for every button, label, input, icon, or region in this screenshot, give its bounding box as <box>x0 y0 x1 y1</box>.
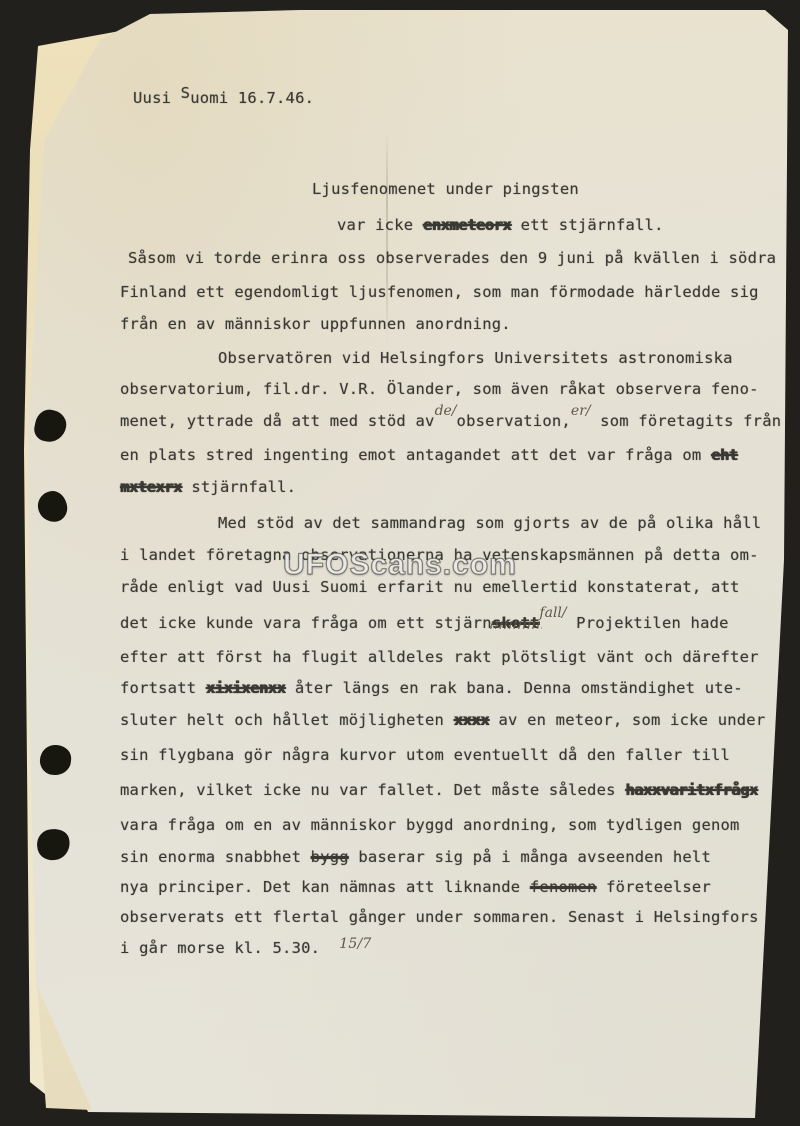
document-line: det icke kunde vara fråga om ett stjärns… <box>120 613 729 635</box>
typed-text: som företagits från <box>591 412 782 430</box>
typed-text: nya principer. Det kan nämnas att liknan… <box>120 878 530 896</box>
document-line: från en av människor uppfunnen anordning… <box>120 314 511 335</box>
typed-text: stjärnfall. <box>182 478 296 496</box>
typed-text: baserar sig på i många avseenden helt <box>349 848 711 866</box>
typed-text: i går morse kl. 5.30. <box>120 939 339 957</box>
document-line: Finland ett egendomligt ljusfenomen, som… <box>120 282 759 303</box>
typed-text: Observatören vid Helsingfors Universitet… <box>218 349 733 367</box>
typed-text: menet, yttrade då att med stöd av <box>120 412 435 430</box>
watermark-text: UFOScans.com <box>283 548 517 582</box>
typed-text: efter att först ha flugit alldeles rakt … <box>120 648 759 666</box>
typed-text: vara fråga om en av människor byggd anor… <box>120 816 740 834</box>
document-line: sluter helt och hållet möjligheten xxxx … <box>120 710 765 731</box>
typed-text: sluter helt och hållet möjligheten <box>120 711 454 729</box>
typed-text: det icke kunde vara fråga om ett stjärn <box>120 614 492 632</box>
document-line: sin flygbana gör några kurvor utom event… <box>120 745 730 766</box>
document-line: marken, vilket icke nu var fallet. Det m… <box>120 780 758 801</box>
document-line: observerats ett flertal gånger under som… <box>120 907 759 928</box>
document-line: efter att först ha flugit alldeles rakt … <box>120 647 759 668</box>
document-line: menet, yttrade då att med stöd avde/obse… <box>120 411 781 433</box>
handwritten-note: 15/7 <box>339 936 371 952</box>
document-line: mxtexrx stjärnfall. <box>120 477 296 498</box>
overtyped-strikeout: eht <box>711 446 738 464</box>
handwritten-insert: er/ <box>571 403 591 419</box>
typed-text: Finland ett egendomligt ljusfenomen, som… <box>120 283 759 301</box>
typed-text: observation, <box>457 412 571 430</box>
overtyped-strikeout: xixixenxx <box>206 679 286 697</box>
overtyped-strikeout: haxxvaritxfrågx <box>625 781 757 799</box>
overtyped-strikeout: mxtexrx <box>120 478 182 496</box>
raised-char: S <box>181 84 191 102</box>
document-line: nya principer. Det kan nämnas att liknan… <box>120 877 711 898</box>
document-line: vara fråga om en av människor byggd anor… <box>120 815 740 836</box>
typed-text: var icke <box>337 216 423 234</box>
handwritten-insert: de/ <box>435 403 457 419</box>
typed-text: sin enorma snabbhet <box>120 848 311 866</box>
document-line: sin enorma snabbhet bygg baserar sig på … <box>120 847 711 868</box>
typed-text: sin flygbana gör några kurvor utom event… <box>120 746 730 764</box>
document-line: Med stöd av det sammandrag som gjorts av… <box>218 513 761 534</box>
subtitle-line: var icke enxmeteorx ett stjärnfall. <box>337 215 664 236</box>
typed-text: Ljusfenomenet under pingsten <box>312 180 579 198</box>
source-date-line: Uusi Suomi 16.7.46. <box>133 88 314 109</box>
typed-text: observerats ett flertal gånger under som… <box>120 908 759 926</box>
document-line: en plats stred ingenting emot antagandet… <box>120 445 737 466</box>
typed-text: åter längs en rak bana. Denna omständigh… <box>285 679 743 697</box>
pen-strikeout: fenomen <box>530 878 597 896</box>
typed-text: av en meteor, som icke under <box>489 711 765 729</box>
document-line: Observatören vid Helsingfors Universitet… <box>218 348 733 369</box>
typed-text: Såsom vi torde erinra oss observerades d… <box>128 249 776 267</box>
document-line: Såsom vi torde erinra oss observerades d… <box>128 248 776 269</box>
typed-text: en plats stred ingenting emot antagandet… <box>120 446 711 464</box>
typed-text: marken, vilket icke nu var fallet. Det m… <box>120 781 625 799</box>
document-line: observatorium, fil.dr. V.R. Ölander, som… <box>120 379 759 400</box>
overtyped-strikeout: xxxx <box>454 711 489 729</box>
scan-background: Uusi Suomi 16.7.46.Ljusfenomenet under p… <box>0 0 800 1126</box>
typed-text: ett stjärnfall. <box>511 216 664 234</box>
scribbled-word: skott <box>492 614 540 632</box>
document-line: i går morse kl. 5.30. 15/7 <box>120 938 371 960</box>
typed-text: uomi 16.7.46. <box>190 89 314 107</box>
title-line: Ljusfenomenet under pingsten <box>312 179 579 200</box>
pen-strikeout: bygg <box>311 848 349 866</box>
typed-text: observatorium, fil.dr. V.R. Ölander, som… <box>120 380 759 398</box>
typed-text: företeelser <box>597 878 711 896</box>
document-line: fortsatt xixixenxx åter längs en rak ban… <box>120 678 743 699</box>
handwritten-insert: fall/ <box>539 605 566 621</box>
typed-text: Med stöd av det sammandrag som gjorts av… <box>218 514 761 532</box>
typed-text: fortsatt <box>120 679 206 697</box>
typed-text: Projektilen hade <box>567 614 729 632</box>
overtyped-strikeout: enxmeteorx <box>423 216 511 234</box>
typed-text: Uusi <box>133 89 181 107</box>
typed-text: från en av människor uppfunnen anordning… <box>120 315 511 333</box>
